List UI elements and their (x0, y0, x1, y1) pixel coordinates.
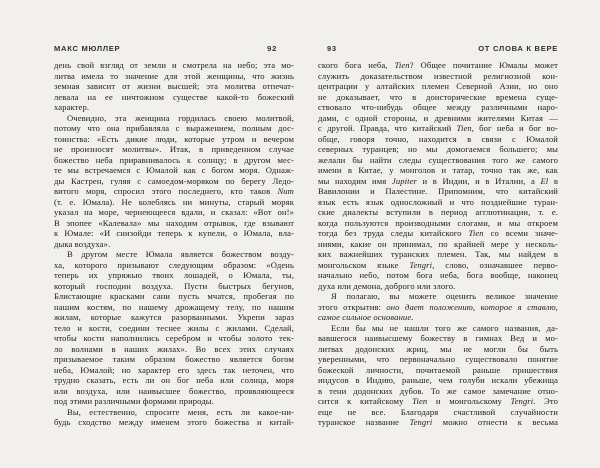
text-line: этого открытия: оно дает положению, кото… (318, 302, 558, 313)
text-line: в тени додонских дубов. То же самое заме… (318, 386, 558, 397)
text-line: еще не все. Благодаря счастливой случайн… (318, 407, 558, 418)
text-line: обще, говоря точно, находится в связи с … (318, 134, 558, 145)
text-line: с другой. Правда, что китайский Tien, бо… (318, 123, 558, 134)
text-line: центрации у алтайских племен Северной Аз… (318, 81, 558, 92)
text-line: духа или демона, доброго или злого. (318, 281, 558, 292)
text-line: ких важнейших туранских племен. Так, мы … (318, 249, 558, 260)
page-92: МАКС МЮЛЛЕР 92 день свой взгляд от земли… (54, 44, 294, 428)
page-number: 93 (318, 44, 337, 53)
text-line: (т. е. Юмала). Не колеблясь ни минуты, с… (54, 197, 294, 208)
text-line: ды Кастрен, гуляя с самоедом-моряком по … (54, 176, 294, 187)
text-line: туранское название Tengri можно отнести … (318, 417, 558, 428)
text-line: язык есть язык односложный и что поздней… (318, 197, 558, 208)
page-93: 93 ОТ СЛОВА К ВЕРЕ ского бога неба, Tien… (318, 44, 558, 428)
text-line: под этими различными формами природы. (54, 396, 294, 407)
text-line: жилам, которые кажутся разорванными. Укр… (54, 312, 294, 323)
text-line: будь сходство между именем этого божеств… (54, 417, 294, 428)
text-line: ха, которого призывают следующим образом… (54, 260, 294, 271)
text-line: уверенными, что первоначально существова… (318, 354, 558, 365)
text-line: тоинства: «Есть дикие люди, которые утро… (54, 134, 294, 145)
text-line: самое сильное основание. (318, 312, 558, 323)
text-line: дами, с одной стороны, и древними жителя… (318, 113, 558, 124)
text-line: Я полагаю, вы можете оценить великое зна… (318, 291, 558, 302)
text-line: чтобы кости наполнились серебром и чтобы… (54, 333, 294, 344)
text-line: вавшегося наивысшему божеству в гимнах В… (318, 333, 558, 344)
running-head: 93 ОТ СЛОВА К ВЕРЕ (318, 44, 558, 53)
text-line: призываемое таким образом божество являе… (54, 354, 294, 365)
text-line: Вавилонии и Палестине. Припомним, что ки… (318, 186, 558, 197)
running-head-title: МАКС МЮЛЛЕР (54, 44, 120, 53)
text-line: или воздуха, или наивысшее божество, про… (54, 386, 294, 397)
text-line: левала на ее ничтожном существе какой-то… (54, 92, 294, 103)
text-line: ствовало что-нибудь общее между различны… (318, 102, 558, 113)
text-line: сится к китайскому Tien и монгольскому T… (318, 396, 558, 407)
book-spread: МАКС МЮЛЛЕР 92 день свой взгляд от земли… (0, 0, 600, 468)
text-line: ниями, какие он принимал, по крайней мер… (318, 239, 558, 250)
text-line: трудно сказать, есть ли он бог неба или … (54, 375, 294, 386)
text-line: литвах додонских жриц, мы не могли бы бы… (318, 344, 558, 355)
text-line: когда пользуются производными слогами, и… (318, 218, 558, 229)
text-line: витого моря, спросил этого последнего, к… (54, 186, 294, 197)
text-line: потому что она прибавляла с выражением, … (54, 123, 294, 134)
text-line: тело и кости, соедини теснее жилы с жила… (54, 323, 294, 334)
text-line: не доказывает, что в доисторические врем… (318, 92, 558, 103)
page-number: 92 (267, 44, 294, 53)
text-line: теперь их упряжью твоих лошадей, о Юмала… (54, 270, 294, 281)
text-line: имени в Китае, у монголов и татар, точно… (318, 165, 558, 176)
text-line: желали бы найти следы существования того… (318, 155, 558, 166)
text-line: Очевидно, эта женщина гордилась своею мо… (54, 113, 294, 124)
text-line: дыка воздуха». (54, 239, 294, 250)
text-line: неба, Юмалой; но характер его здесь так … (54, 365, 294, 376)
text-line: В другом месте Юмала является божеством … (54, 249, 294, 260)
text-line: ло волнами в наших жилах». Во всех этих … (54, 344, 294, 355)
text-line: служить доказательством известной религи… (318, 71, 558, 82)
text-line: северных туранцев; но мы домогаемся боль… (318, 144, 558, 155)
text-line: божеской личности, почитаемой раньше при… (318, 365, 558, 376)
text-line: литва имела то значение для этой женщины… (54, 71, 294, 82)
text-line: характер. (54, 102, 294, 113)
text-line: указал на море, чернеющееся вдали, и ска… (54, 207, 294, 218)
text-line: тогда без труда следы китайского Tien со… (318, 228, 558, 239)
text-line: к Юмале: «И снизойди теперь к купели, о … (54, 228, 294, 239)
text-line: те мы встречаемся с Юмалой как с богом м… (54, 165, 294, 176)
text-line: индусов в Индию, раньше, чем голуби иска… (318, 375, 558, 386)
text-line: Вы, естественно, спросите меня, есть ли … (54, 407, 294, 418)
text-line: нашим костям, по нашему дрожащему телу, … (54, 302, 294, 313)
text-line: земная зависит от жизни высшей; эта моли… (54, 81, 294, 92)
text-line: В эпопее «Калевала» мы находим отрывок, … (54, 218, 294, 229)
text-line: ского бога неба, Tien? Общее почитание Ю… (318, 60, 558, 71)
text-line: Если бы мы не нашли того же самого назва… (318, 323, 558, 334)
text-line: который господин воздуха. Пусти быстрых … (54, 281, 294, 292)
page-body: ского бога неба, Tien? Общее почитание Ю… (318, 60, 558, 428)
text-line: мы находим имя Jupiter и в Индии, и в Ит… (318, 176, 558, 187)
text-line: ские диалекты вступили в период агглютин… (318, 207, 558, 218)
running-head: МАКС МЮЛЛЕР 92 (54, 44, 294, 53)
text-line: Блистающие красками сани пусть мчатся, п… (54, 291, 294, 302)
text-line: монгольском языке Tengri, слово, означав… (318, 260, 558, 271)
page-body: день свой взгляд от земли и смотрела на … (54, 60, 294, 428)
text-line: день свой взгляд от земли и смотрела на … (54, 60, 294, 71)
text-line: не произносят молитвы». Итак, в приведен… (54, 144, 294, 155)
running-head-title: ОТ СЛОВА К ВЕРЕ (478, 44, 558, 53)
text-line: божество неба приравнивалось к солнцу; в… (54, 155, 294, 166)
text-line: начально небо, потом бога неба, бога воо… (318, 270, 558, 281)
